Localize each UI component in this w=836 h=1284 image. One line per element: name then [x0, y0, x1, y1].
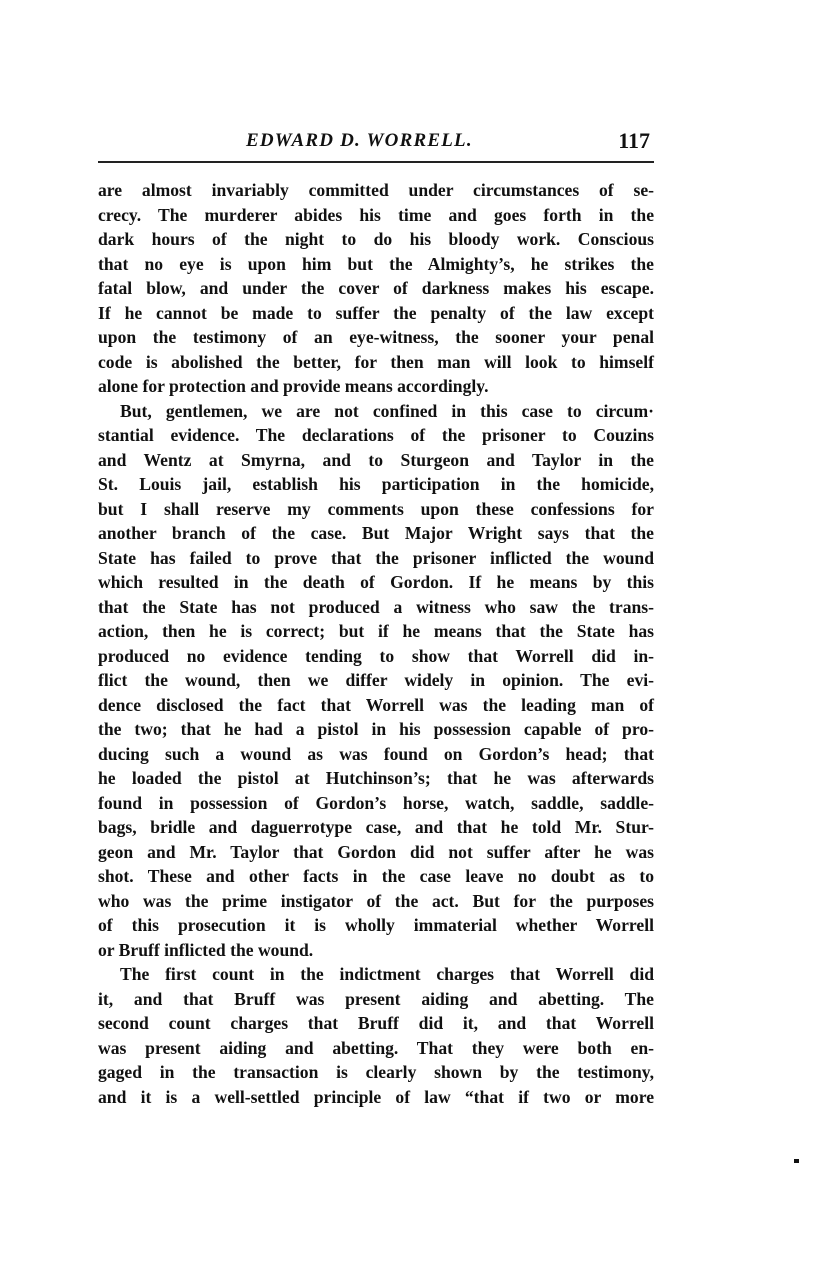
book-page: EDWARD D. WORRELL. 117 are almost invari…	[98, 126, 654, 160]
page-number: 117	[618, 128, 650, 154]
text-line: alone for protection and provide means a…	[98, 374, 654, 399]
scan-speck	[794, 1159, 799, 1163]
text-line: it, and that Bruff was present aiding an…	[98, 987, 654, 1012]
text-line: fatal blow, and under the cover of darkn…	[98, 276, 654, 301]
text-line: was present aiding and abetting. That th…	[98, 1036, 654, 1061]
text-line: upon the testimony of an eye-witness, th…	[98, 325, 654, 350]
text-line: stantial evidence. The declarations of t…	[98, 423, 654, 448]
text-line: bags, bridle and daguerrotype case, and …	[98, 815, 654, 840]
text-line: shot. These and other facts in the case …	[98, 864, 654, 889]
text-line: or Bruff inflicted the wound.	[98, 938, 654, 963]
text-line: found in possession of Gordon’s horse, w…	[98, 791, 654, 816]
running-head: EDWARD D. WORRELL.	[246, 130, 473, 152]
text-line: gaged in the transaction is clearly show…	[98, 1060, 654, 1085]
text-line: second count charges that Bruff did it, …	[98, 1011, 654, 1036]
text-line: are almost invariably committed under ci…	[98, 178, 654, 203]
page-header: EDWARD D. WORRELL. 117	[98, 126, 654, 160]
paragraph-3: The first count in the indictment charge…	[98, 962, 654, 1109]
text-line: dence disclosed the fact that Worrell wa…	[98, 693, 654, 718]
text-line: another branch of the case. But Major Wr…	[98, 521, 654, 546]
text-line: flict the wound, then we differ widely i…	[98, 668, 654, 693]
text-line: The first count in the indictment charge…	[98, 962, 654, 987]
text-line: who was the prime instigator of the act.…	[98, 889, 654, 914]
text-line: code is abolished the better, for then m…	[98, 350, 654, 375]
text-line: State has failed to prove that the priso…	[98, 546, 654, 571]
text-line: St. Louis jail, establish his participat…	[98, 472, 654, 497]
text-line: geon and Mr. Taylor that Gordon did not …	[98, 840, 654, 865]
text-line: If he cannot be made to suffer the penal…	[98, 301, 654, 326]
text-line: crecy. The murderer abides his time and …	[98, 203, 654, 228]
text-line: action, then he is correct; but if he me…	[98, 619, 654, 644]
header-rule	[98, 161, 654, 163]
text-line: dark hours of the night to do his bloody…	[98, 227, 654, 252]
text-line: which resulted in the death of Gordon. I…	[98, 570, 654, 595]
paragraph-1: are almost invariably committed under ci…	[98, 178, 654, 399]
text-line: produced no evidence tending to show tha…	[98, 644, 654, 669]
text-line: he loaded the pistol at Hutchinson’s; th…	[98, 766, 654, 791]
text-line: but I shall reserve my comments upon the…	[98, 497, 654, 522]
text-line: that the State has not produced a witnes…	[98, 595, 654, 620]
text-line: the two; that he had a pistol in his pos…	[98, 717, 654, 742]
text-line: and Wentz at Smyrna, and to Sturgeon and…	[98, 448, 654, 473]
paragraph-2: But, gentlemen, we are not confined in t…	[98, 399, 654, 963]
body-text: are almost invariably committed under ci…	[98, 178, 654, 1109]
text-line: But, gentlemen, we are not confined in t…	[98, 399, 654, 424]
text-line: ducing such a wound as was found on Gord…	[98, 742, 654, 767]
text-line: and it is a well-settled principle of la…	[98, 1085, 654, 1110]
text-line: of this prosecution it is wholly immater…	[98, 913, 654, 938]
text-line: that no eye is upon him but the Almighty…	[98, 252, 654, 277]
